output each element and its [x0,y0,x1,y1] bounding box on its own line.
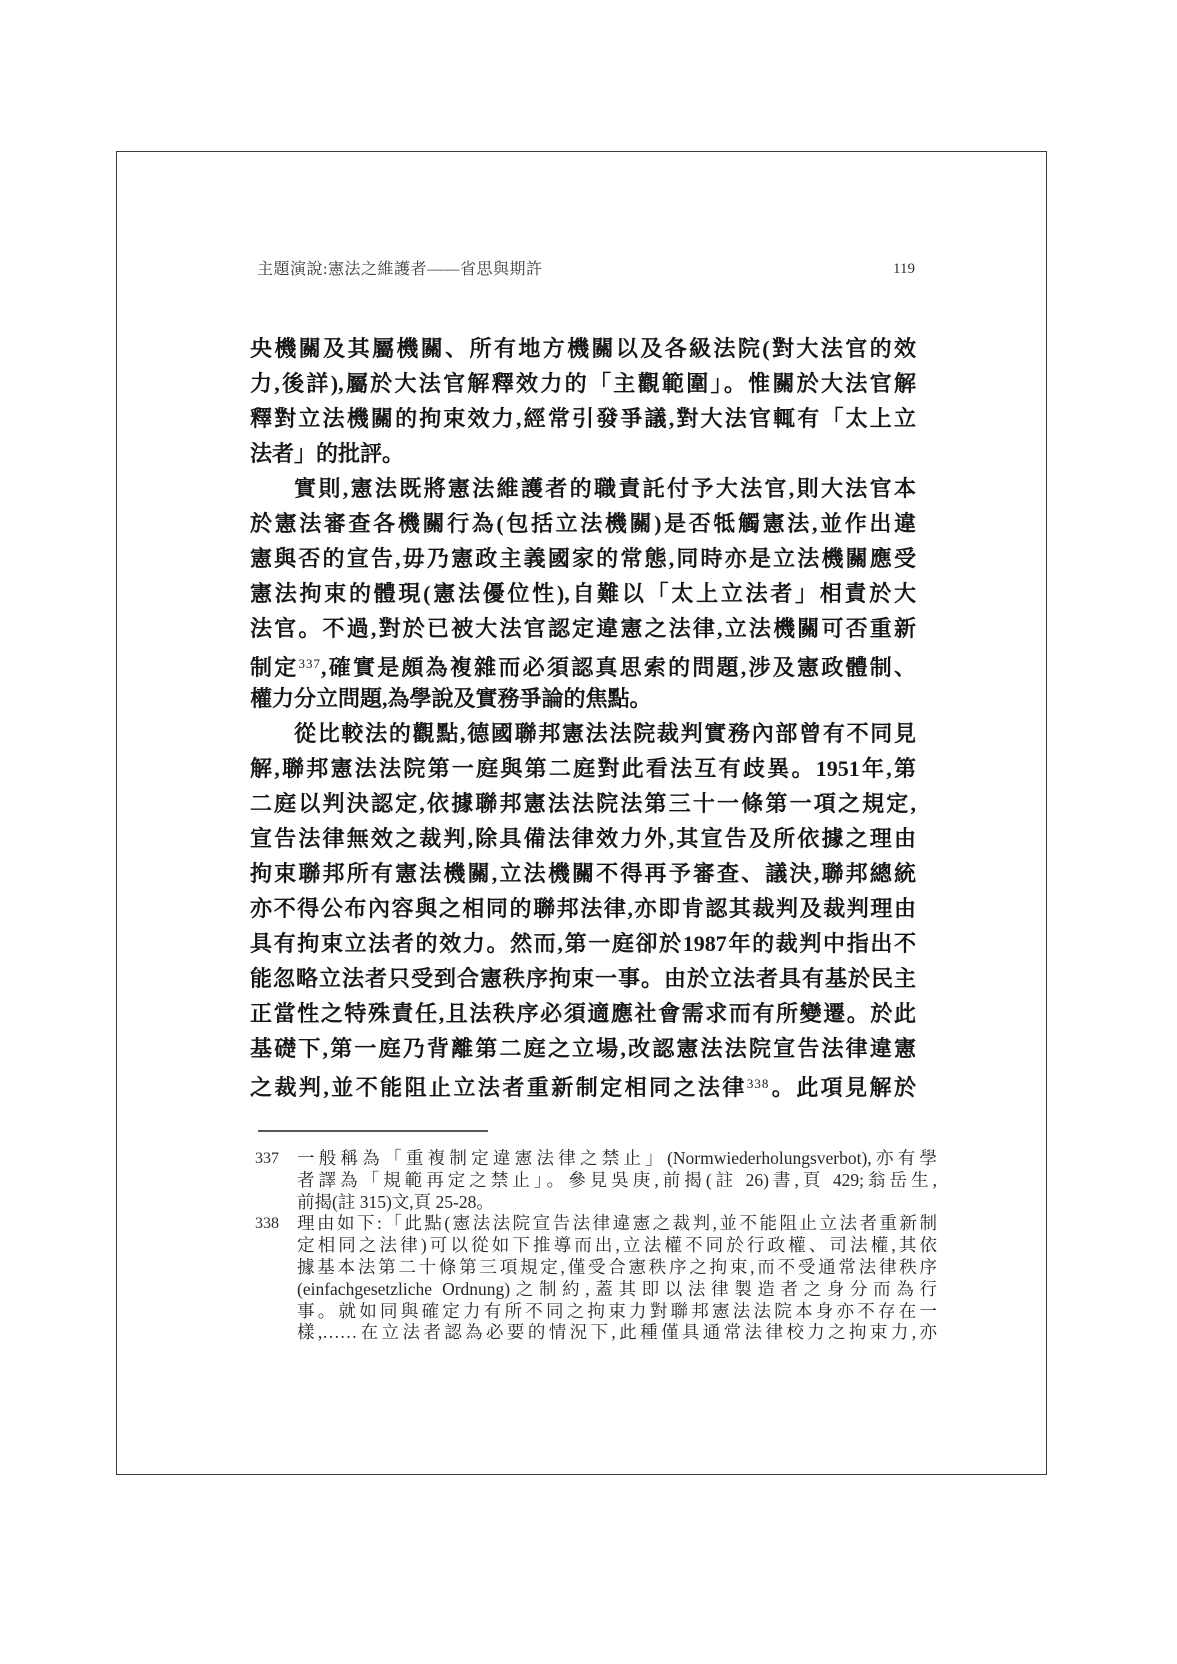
body-line-text: 制定 [250,655,298,680]
body-line: 憲與否的宣告,毋乃憲政主義國家的常態,同時亦是立法機關應受 [250,541,916,576]
body-line: 法者」的批評。 [250,436,916,471]
body-line-text: 之裁判,並不能阻止立法者重新制定相同之法律 [250,1075,747,1100]
body-line: 法官。不過,對於已被大法官認定違憲之法律,立法機關可否重新 [250,611,916,646]
body-line: 從比較法的觀點,德國聯邦憲法法院裁判實務內部曾有不同見 [250,716,916,751]
footnote-number: 337 [255,1148,297,1170]
body-line: 於憲法審查各機關行為(包括立法機關)是否牴觸憲法,並作出違 [250,506,916,541]
footnote-line: 理由如下:「此點(憲法法院宣告法律違憲之裁判,並不能阻止立法者重新制 [297,1213,937,1235]
footnote-line: 前揭(註 315)文,頁 25-28。 [297,1192,937,1214]
footnote-ref-338: 338 [747,1076,770,1091]
footnote-line: (einfachgesetzliche Ordnung)之制約,蓋其即以法律製造… [297,1279,937,1301]
body-line-text: ,確實是頗為複雜而必須認真思索的問題,涉及憲政體制、 [321,655,916,680]
body-line: 央機關及其屬機關、所有地方機關以及各級法院(對大法官的效 [250,331,916,366]
footnote-line: 樣,……在立法者認為必要的情況下,此種僅具通常法律校力之拘束力,亦 [297,1322,937,1344]
footnote-text: 一般稱為「重複制定違憲法律之禁止」(Normwiederholungsverbo… [297,1148,937,1213]
body-line-text: 。此項見解於 [769,1075,916,1100]
footnote-337: 337 一般稱為「重複制定違憲法律之禁止」(Normwiederholungsv… [255,1148,939,1213]
body-line: 拘束聯邦所有憲法機關,立法機關不得再予審查、議決,聯邦總統 [250,856,916,891]
body-line: 正當性之特殊責任,且法秩序必須適應社會需求而有所變遷。於此 [250,996,916,1031]
body-line-with-footnote-ref: 制定337,確實是頗為複雜而必須認真思索的問題,涉及憲政體制、 [250,646,916,681]
body-line: 憲法拘束的體現(憲法優位性),自難以「太上立法者」相責於大 [250,576,916,611]
body-line: 亦不得公布內容與之相同的聯邦法律,亦即肯認其裁判及裁判理由 [250,891,916,926]
footnote-number: 338 [255,1213,297,1235]
body-line: 能忽略立法者只受到合憲秩序拘束一事。由於立法者具有基於民主 [250,961,916,996]
footnote-line: 據基本法第二十條第三項規定,僅受合憲秩序之拘束,而不受通常法律秩序 [297,1257,937,1279]
body-line: 力,後詳),屬於大法官解釋效力的「主觀範圍」。惟關於大法官解 [250,366,916,401]
footnote-text: 理由如下:「此點(憲法法院宣告法律違憲之裁判,並不能阻止立法者重新制 定相同之法… [297,1213,937,1344]
body-line: 基礎下,第一庭乃背離第二庭之立場,改認憲法法院宣告法律違憲 [250,1031,916,1066]
document-page: { "header": { "title": "主題演說:憲法之維護者——省思與… [0,0,1177,1664]
page-number: 119 [893,259,915,279]
body-line: 宣告法律無效之裁判,除具備法律效力外,其宣告及所依據之理由 [250,821,916,856]
running-header: 主題演說:憲法之維護者——省思與期許 [257,259,542,281]
body-line: 解,聯邦憲法法院第一庭與第二庭對此看法互有歧異。1951年,第 [250,751,916,786]
body-line: 實則,憲法既將憲法維護者的職責託付予大法官,則大法官本 [250,471,916,506]
footnote-338: 338 理由如下:「此點(憲法法院宣告法律違憲之裁判,並不能阻止立法者重新制 定… [255,1213,939,1344]
footnote-line: 一般稱為「重複制定違憲法律之禁止」(Normwiederholungsverbo… [297,1148,937,1170]
footnotes: 337 一般稱為「重複制定違憲法律之禁止」(Normwiederholungsv… [255,1148,939,1344]
body-text: 央機關及其屬機關、所有地方機關以及各級法院(對大法官的效 力,後詳),屬於大法官… [250,331,916,1101]
footnote-line: 定相同之法律)可以從如下推導而出,立法權不同於行政權、司法權,其依 [297,1235,937,1257]
body-line-with-footnote-ref: 之裁判,並不能阻止立法者重新制定相同之法律338。此項見解於 [250,1066,916,1101]
body-line: 二庭以判決認定,依據聯邦憲法法院法第三十一條第一項之規定, [250,786,916,821]
body-line: 權力分立問題,為學說及實務爭論的焦點。 [250,681,916,716]
footnote-line: 事。就如同與確定力有所不同之拘束力對聯邦憲法法院本身亦不存在一 [297,1301,937,1323]
body-line: 具有拘束立法者的效力。然而,第一庭卻於1987年的裁判中指出不 [250,926,916,961]
footnote-separator [258,1130,488,1132]
footnote-line: 者譯為「規範再定之禁止」。參見吳庚,前揭(註 26)書,頁 429;翁岳生, [297,1170,937,1192]
body-line: 釋對立法機關的拘束效力,經常引發爭議,對大法官輒有「太上立 [250,401,916,436]
footnote-ref-337: 337 [298,656,321,671]
